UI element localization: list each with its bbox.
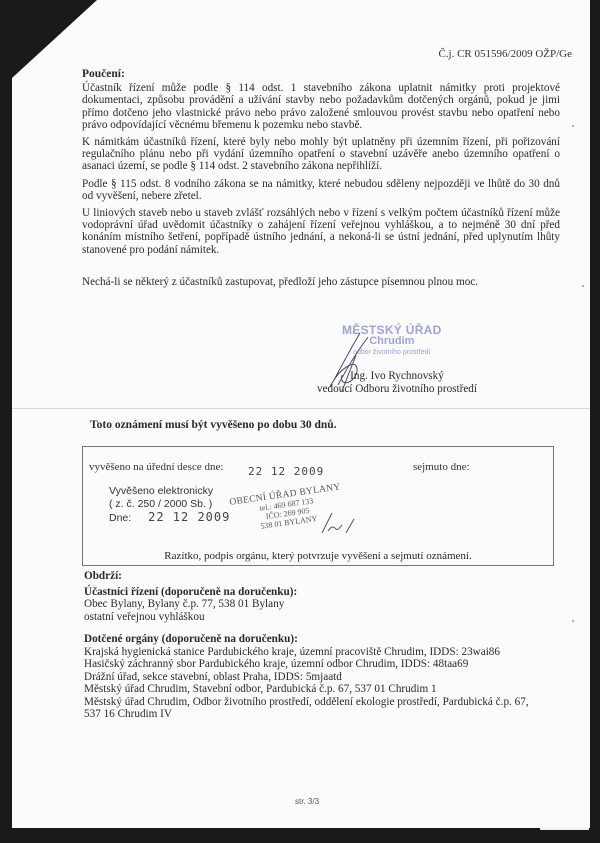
scan-speck — [582, 285, 584, 287]
authority-item: Městský úřad Chrudim, Stavební odbor, Pa… — [84, 683, 544, 696]
electronic-date: 22 12 2009 — [148, 510, 230, 524]
fold-line — [12, 408, 590, 409]
recipients-section: Obdrží: Účastníci řízení (doporučeně na … — [84, 570, 544, 721]
scan-speck — [572, 125, 574, 127]
instructions-heading: Poučení: — [82, 68, 560, 80]
signer-title: vedoucí Odboru životního prostředí — [317, 383, 477, 396]
electronic-date-label: Dne: — [109, 512, 131, 524]
electronic-posting: Vyvěšeno elektronicky ( z. č. 250 / 2000… — [109, 485, 230, 525]
reference-number: Č.j. CR 051596/2009 OŽP/Ge — [438, 48, 572, 60]
document-page: Č.j. CR 051596/2009 OŽP/Ge Poučení: Účas… — [12, 0, 590, 828]
scan-speck — [572, 620, 574, 622]
authorities-heading: Dotčené orgány (doporučeně na doručenku)… — [84, 633, 544, 646]
signer-name: Ing. Ivo Rychnovský — [317, 370, 477, 383]
instruction-paragraph: K námitkám účastníků řízení, které byly … — [82, 136, 560, 173]
posted-label: vyvěšeno na úřední desce dne: — [89, 461, 223, 473]
authority-item: Hasičský záchranný sbor Pardubického kra… — [84, 658, 544, 671]
representation-note: Nechá-li se některý z účastníků zastupov… — [82, 276, 560, 288]
authority-item: Městský úřad Chrudim, Odbor životního pr… — [84, 696, 544, 721]
participant-item: ostatní veřejnou vyhláškou — [84, 611, 544, 624]
stamp-caption: Razítko, podpis orgánu, který potvrzuje … — [83, 550, 553, 562]
initials-signature-icon — [318, 507, 358, 537]
posted-date: 22 12 2009 — [248, 465, 324, 478]
instruction-paragraph: Podle § 115 odst. 8 vodního zákona se na… — [82, 178, 560, 202]
instruction-paragraph: Účastník řízení může podle § 114 odst. 1… — [82, 82, 560, 131]
instruction-paragraph: U liniových staveb nebo u staveb zvlášť … — [82, 207, 560, 256]
participant-item: Obec Bylany, Bylany č.p. 77, 538 01 Byla… — [84, 598, 544, 611]
recipients-heading: Obdrží: — [84, 570, 544, 583]
participants-heading: Účastníci řízení (doporučeně na doručenk… — [84, 586, 544, 599]
electronic-posting-line: Vyvěšeno elektronicky — [109, 485, 230, 498]
authority-item: Krajská hygienická stanice Pardubického … — [84, 646, 544, 659]
instructions-section: Poučení: Účastník řízení může podle § 11… — [82, 68, 560, 293]
posting-notice: Toto oznámení musí být vyvěšeno po dobu … — [90, 419, 337, 431]
removed-label: sejmuto dne: — [413, 461, 470, 473]
signer-block: Ing. Ivo Rychnovský vedoucí Odboru život… — [317, 370, 477, 396]
posting-box: vyvěšeno na úřední desce dne: 22 12 2009… — [82, 446, 554, 566]
authority-item: Drážní úřad, sekce stavební, oblast Prah… — [84, 671, 544, 684]
page-number: str. 3/3 — [295, 797, 319, 806]
